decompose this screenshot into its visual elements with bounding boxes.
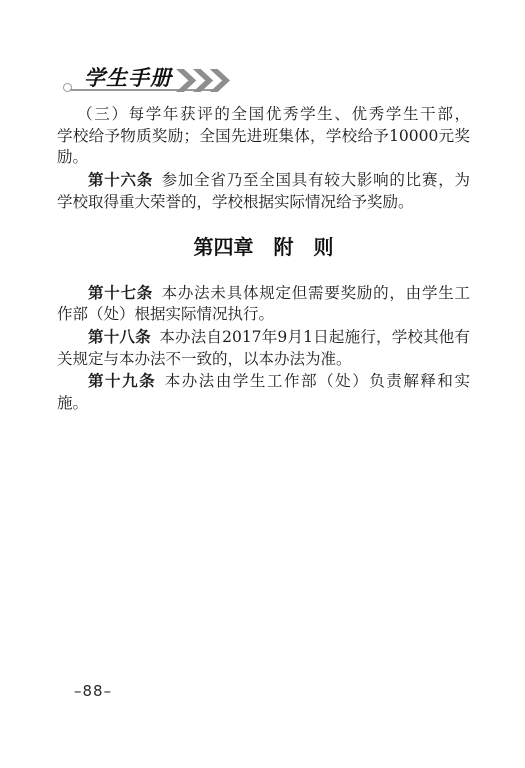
text-line: 施。 xyxy=(57,393,470,415)
text-line: 学校给予物质奖励；全国先进班集体，学校给予10000元奖 xyxy=(57,126,470,148)
text-line: 学校取得重大荣誉的，学校根据实际情况给予奖励。 xyxy=(57,192,470,214)
text-line: 第十六条参加全省乃至全国具有较大影响的比赛，为 xyxy=(57,169,470,192)
article-number: 第十九条 xyxy=(88,371,156,390)
paragraph: 第十六条参加全省乃至全国具有较大影响的比赛，为学校取得重大荣誉的，学校根据实际情… xyxy=(57,169,470,213)
article-number: 第十六条 xyxy=(88,170,153,189)
article-number: 第十七条 xyxy=(88,283,153,302)
triple-chevron-right-icon xyxy=(176,69,230,92)
text-line: 第十九条本办法由学生工作部（处）负责解释和实 xyxy=(57,370,470,393)
text-line: 第十七条本办法未具体规定但需要奖励的，由学生工 xyxy=(57,282,470,305)
text-line: 作部（处）根据实际情况执行。 xyxy=(57,304,470,326)
page-number: –88– xyxy=(74,682,112,700)
text-line: 励。 xyxy=(57,147,470,169)
paragraph: 第十七条本办法未具体规定但需要奖励的，由学生工作部（处）根据实际情况执行。 xyxy=(57,282,470,326)
paragraph: 第十八条本办法自2017年9月1日起施行，学校其他有关规定与本办法不一致的，以本… xyxy=(57,326,470,370)
document-body: （三）每学年获评的全国优秀学生、优秀学生干部，学校给予物质奖励；全国先进班集体，… xyxy=(57,104,470,415)
text-line: 第十八条本办法自2017年9月1日起施行，学校其他有 xyxy=(57,326,470,349)
text-line: （三）每学年获评的全国优秀学生、优秀学生干部， xyxy=(57,104,470,126)
page-header: 学生手册 xyxy=(0,0,525,100)
article-number: 第十八条 xyxy=(88,327,151,346)
text-line: 关规定与本办法不一致的，以本办法为准。 xyxy=(57,349,470,371)
handbook-title: 学生手册 xyxy=(84,62,172,92)
paragraph: （三）每学年获评的全国优秀学生、优秀学生干部，学校给予物质奖励；全国先进班集体，… xyxy=(57,104,470,169)
chapter-heading: 第四章 附 则 xyxy=(57,234,470,260)
document-page: 学生手册 （三）每学年获评的全国优秀学生、优秀学生干部，学校给予物质奖励；全国先… xyxy=(0,0,525,768)
paragraph: 第十九条本办法由学生工作部（处）负责解释和实施。 xyxy=(57,370,470,414)
